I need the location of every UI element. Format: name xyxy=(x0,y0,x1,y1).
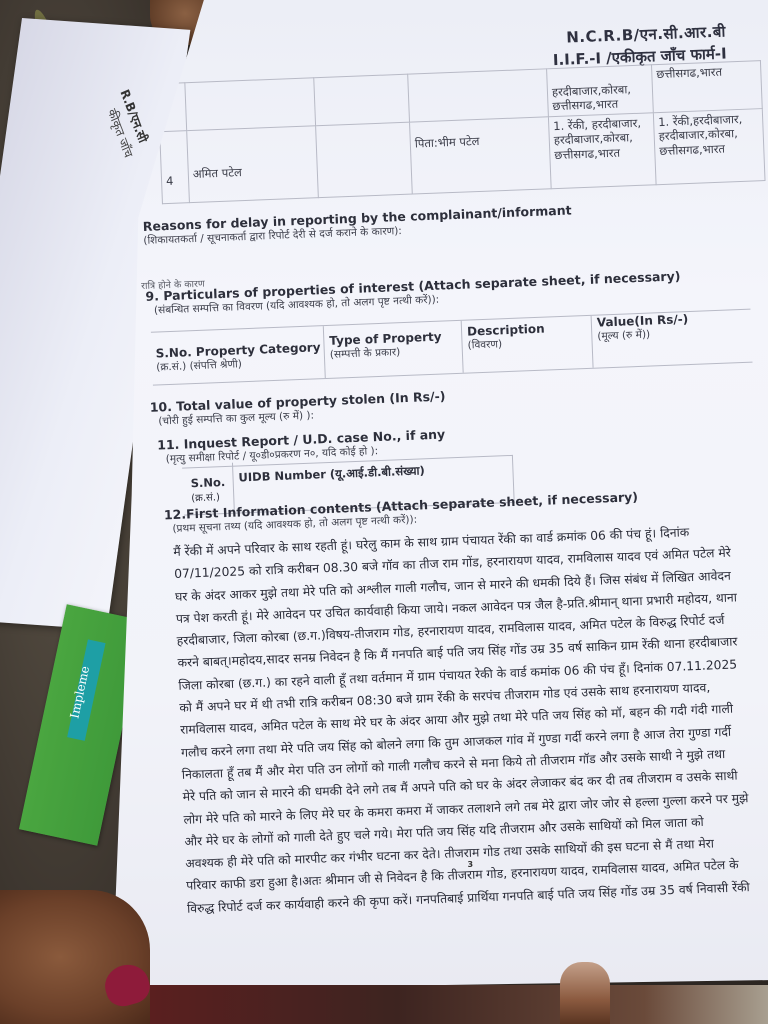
accused-table: हरदीबाजार,कोरबा, छत्तीसगढ,भारत छत्तीसगढ,… xyxy=(157,60,765,204)
section-10: 10. Total value of property stolen (In R… xyxy=(149,388,446,428)
accused-father: पिता:भीम पटेल xyxy=(410,117,552,194)
address-present: हरदीबाजार,कोरबा, छत्तीसगढ,भारत xyxy=(547,65,654,117)
col-type-of-property: Type of Property (सम्पत्ती के प्रकार) xyxy=(329,330,442,362)
accused-name: अमित पटेल xyxy=(187,125,319,202)
serial-number: 4 xyxy=(160,130,190,203)
col-property-category: S.No. Property Category (क्र.सं.) (संपत्… xyxy=(155,340,321,374)
page-number: 3 xyxy=(467,860,473,869)
background-bottom xyxy=(150,985,768,1024)
uidb-number-label: UIDB Number (यू.आई.डी.बी.संख्या) xyxy=(238,463,425,485)
thumb-bottom xyxy=(560,962,610,1024)
fir-document-page: N.C.R.B/एन.सी.आर.बी I.I.F.-I /एकीकृत जाँ… xyxy=(112,0,768,990)
delay-section: Reasons for delay in reporting by the co… xyxy=(143,202,573,247)
col-value: Value(In Rs/-) (मूल्य (रु में)) xyxy=(597,312,689,343)
col-description: Description (विवरण) xyxy=(467,322,546,353)
section-9: 9. Particulars of properties of interest… xyxy=(145,268,681,318)
property-table-header: S.No. Property Category (क्र.सं.) (संपत्… xyxy=(151,309,753,386)
address-present: 1. रेंकी, हरदीबाजार, हरदीबाजार,कोरबा, छत… xyxy=(548,113,656,189)
uidb-sno: S.No. (क्र.सं.) xyxy=(190,475,226,504)
address-permanent: छत्तीसगढ,भारत xyxy=(651,61,762,113)
address-permanent: 1. रेंकी,हरदीबाजार, हरदीबाजार,कोरबा, छत्… xyxy=(653,108,765,184)
